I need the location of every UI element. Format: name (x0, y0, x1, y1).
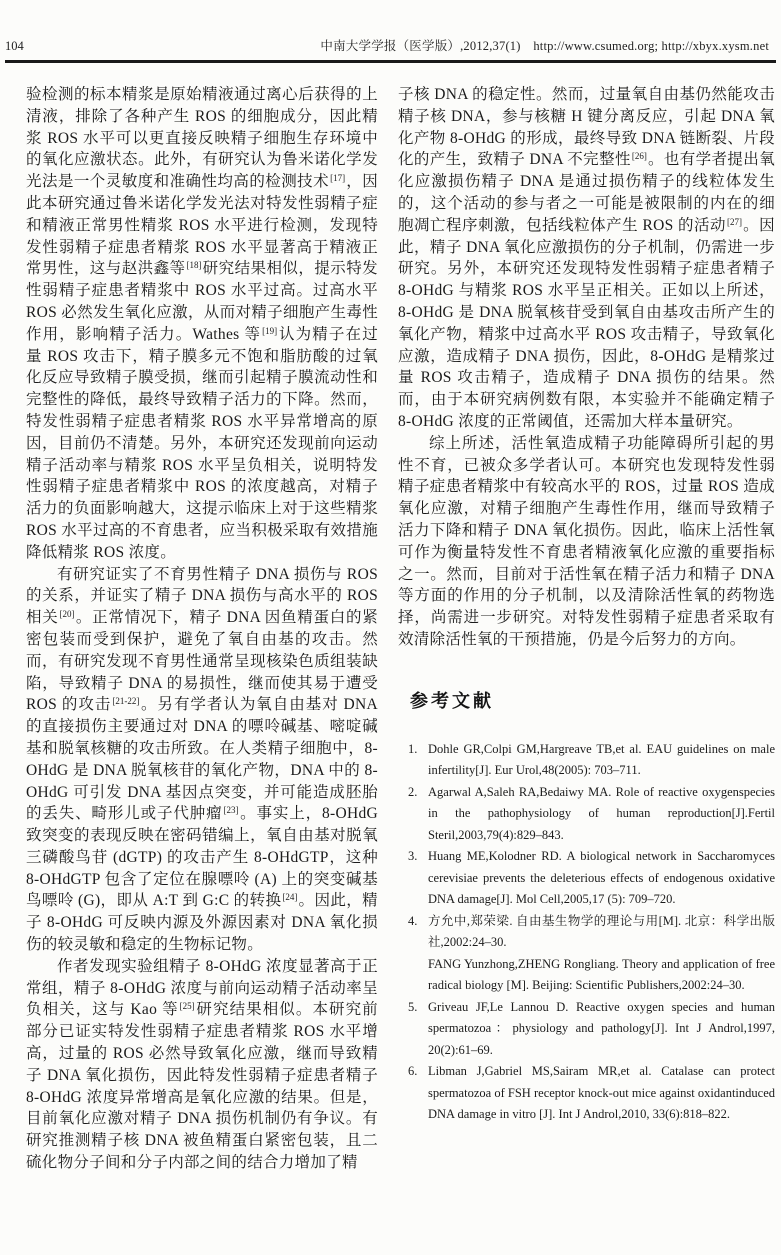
citation-superscript: [19] (261, 326, 278, 336)
reference-text-line: Griveau JF,Le Lannou D. Reactive oxygen … (428, 997, 775, 1062)
reference-number: 6. (398, 1061, 428, 1083)
reference-text-line: 方允中,郑荣梁. 自由基生物学的理论与用[M]. 北京：科学出版社,2002:2… (428, 911, 775, 954)
left-text-column: 验检测的标本精浆是原始精液通过离心后获得的上清液，排除了各种产生 ROS 的细胞… (26, 84, 378, 1174)
body-paragraph: 综上所述，活性氧造成精子功能障碍所引起的男性不育，已被众多学者认可。本研究也发现… (398, 433, 775, 651)
right-column-paragraphs: 子核 DNA 的稳定性。然而，过量氧自由基仍然能攻击精子核 DNA，参与核糖 H… (398, 84, 775, 651)
reference-item: 2.Agarwal A,Saleh RA,Bedaiwy MA. Role of… (398, 782, 775, 847)
reference-text: Huang ME,Kolodner RD. A biological netwo… (428, 846, 775, 911)
reference-text: 方允中,郑荣梁. 自由基生物学的理论与用[M]. 北京：科学出版社,2002:2… (428, 911, 775, 997)
reference-item: 1.Dohle GR,Colpi GM,Hargreave TB,et al. … (398, 739, 775, 782)
citation-superscript: [18] (186, 260, 203, 270)
reference-text: Libman J,Gabriel MS,Sairam MR,et al. Cat… (428, 1061, 775, 1126)
reference-number: 4. (398, 911, 428, 933)
right-text-column: 子核 DNA 的稳定性。然而，过量氧自由基仍然能攻击精子核 DNA，参与核糖 H… (398, 84, 775, 1174)
body-paragraph: 验检测的标本精浆是原始精液通过离心后获得的上清液，排除了各种产生 ROS 的细胞… (26, 84, 378, 564)
reference-item: 6.Libman J,Gabriel MS,Sairam MR,et al. C… (398, 1061, 775, 1126)
article-body: 验检测的标本精浆是原始精液通过离心后获得的上清液，排除了各种产生 ROS 的细胞… (26, 84, 775, 1174)
citation-superscript: [23] (223, 805, 240, 815)
reference-text-line: Huang ME,Kolodner RD. A biological netwo… (428, 846, 775, 911)
references-heading: 参考文献 (410, 687, 775, 713)
header-divider-rule (5, 60, 776, 63)
citation-superscript: [25] (179, 1001, 196, 1011)
reference-text-line: FANG Yunzhong,ZHENG Rongliang. Theory an… (428, 954, 775, 997)
reference-text: Agarwal A,Saleh RA,Bedaiwy MA. Role of r… (428, 782, 775, 847)
reference-text-line: Libman J,Gabriel MS,Sairam MR,et al. Cat… (428, 1061, 775, 1126)
page-header: 104 中南大学学报（医学版）,2012,37(1) http://www.cs… (5, 36, 769, 54)
reference-number: 1. (398, 739, 428, 761)
scanned-paper-page: 104 中南大学学报（医学版）,2012,37(1) http://www.cs… (0, 0, 781, 1255)
reference-item: 5.Griveau JF,Le Lannou D. Reactive oxyge… (398, 997, 775, 1062)
citation-superscript: [20] (58, 609, 75, 619)
body-paragraph: 有研究证实了不育男性精子 DNA 损伤与 ROS 的关系，并证实了精子 DNA … (26, 564, 378, 956)
reference-text-line: Dohle GR,Colpi GM,Hargreave TB,et al. EA… (428, 739, 775, 782)
reference-number: 3. (398, 846, 428, 868)
page-number: 104 (5, 39, 24, 54)
body-paragraph: 作者发现实验组精子 8-OHdG 浓度显著高于正常组，精子 8-OHdG 浓度与… (26, 956, 378, 1174)
references-list: 1.Dohle GR,Colpi GM,Hargreave TB,et al. … (398, 739, 775, 1126)
citation-superscript: [21-22] (111, 696, 140, 706)
journal-header-line: 中南大学学报（医学版）,2012,37(1) http://www.csumed… (320, 36, 769, 54)
reference-text-line: Agarwal A,Saleh RA,Bedaiwy MA. Role of r… (428, 782, 775, 847)
body-paragraph: 子核 DNA 的稳定性。然而，过量氧自由基仍然能攻击精子核 DNA，参与核糖 H… (398, 84, 775, 433)
reference-item: 3.Huang ME,Kolodner RD. A biological net… (398, 846, 775, 911)
citation-superscript: [17] (329, 173, 346, 183)
reference-text: Dohle GR,Colpi GM,Hargreave TB,et al. EA… (428, 739, 775, 782)
reference-number: 5. (398, 997, 428, 1019)
citation-superscript: [26] (631, 151, 648, 161)
reference-item: 4.方允中,郑荣梁. 自由基生物学的理论与用[M]. 北京：科学出版社,2002… (398, 911, 775, 997)
reference-text: Griveau JF,Le Lannou D. Reactive oxygen … (428, 997, 775, 1062)
citation-superscript: [27] (726, 217, 743, 227)
reference-number: 2. (398, 782, 428, 804)
citation-superscript: [24] (281, 892, 298, 902)
